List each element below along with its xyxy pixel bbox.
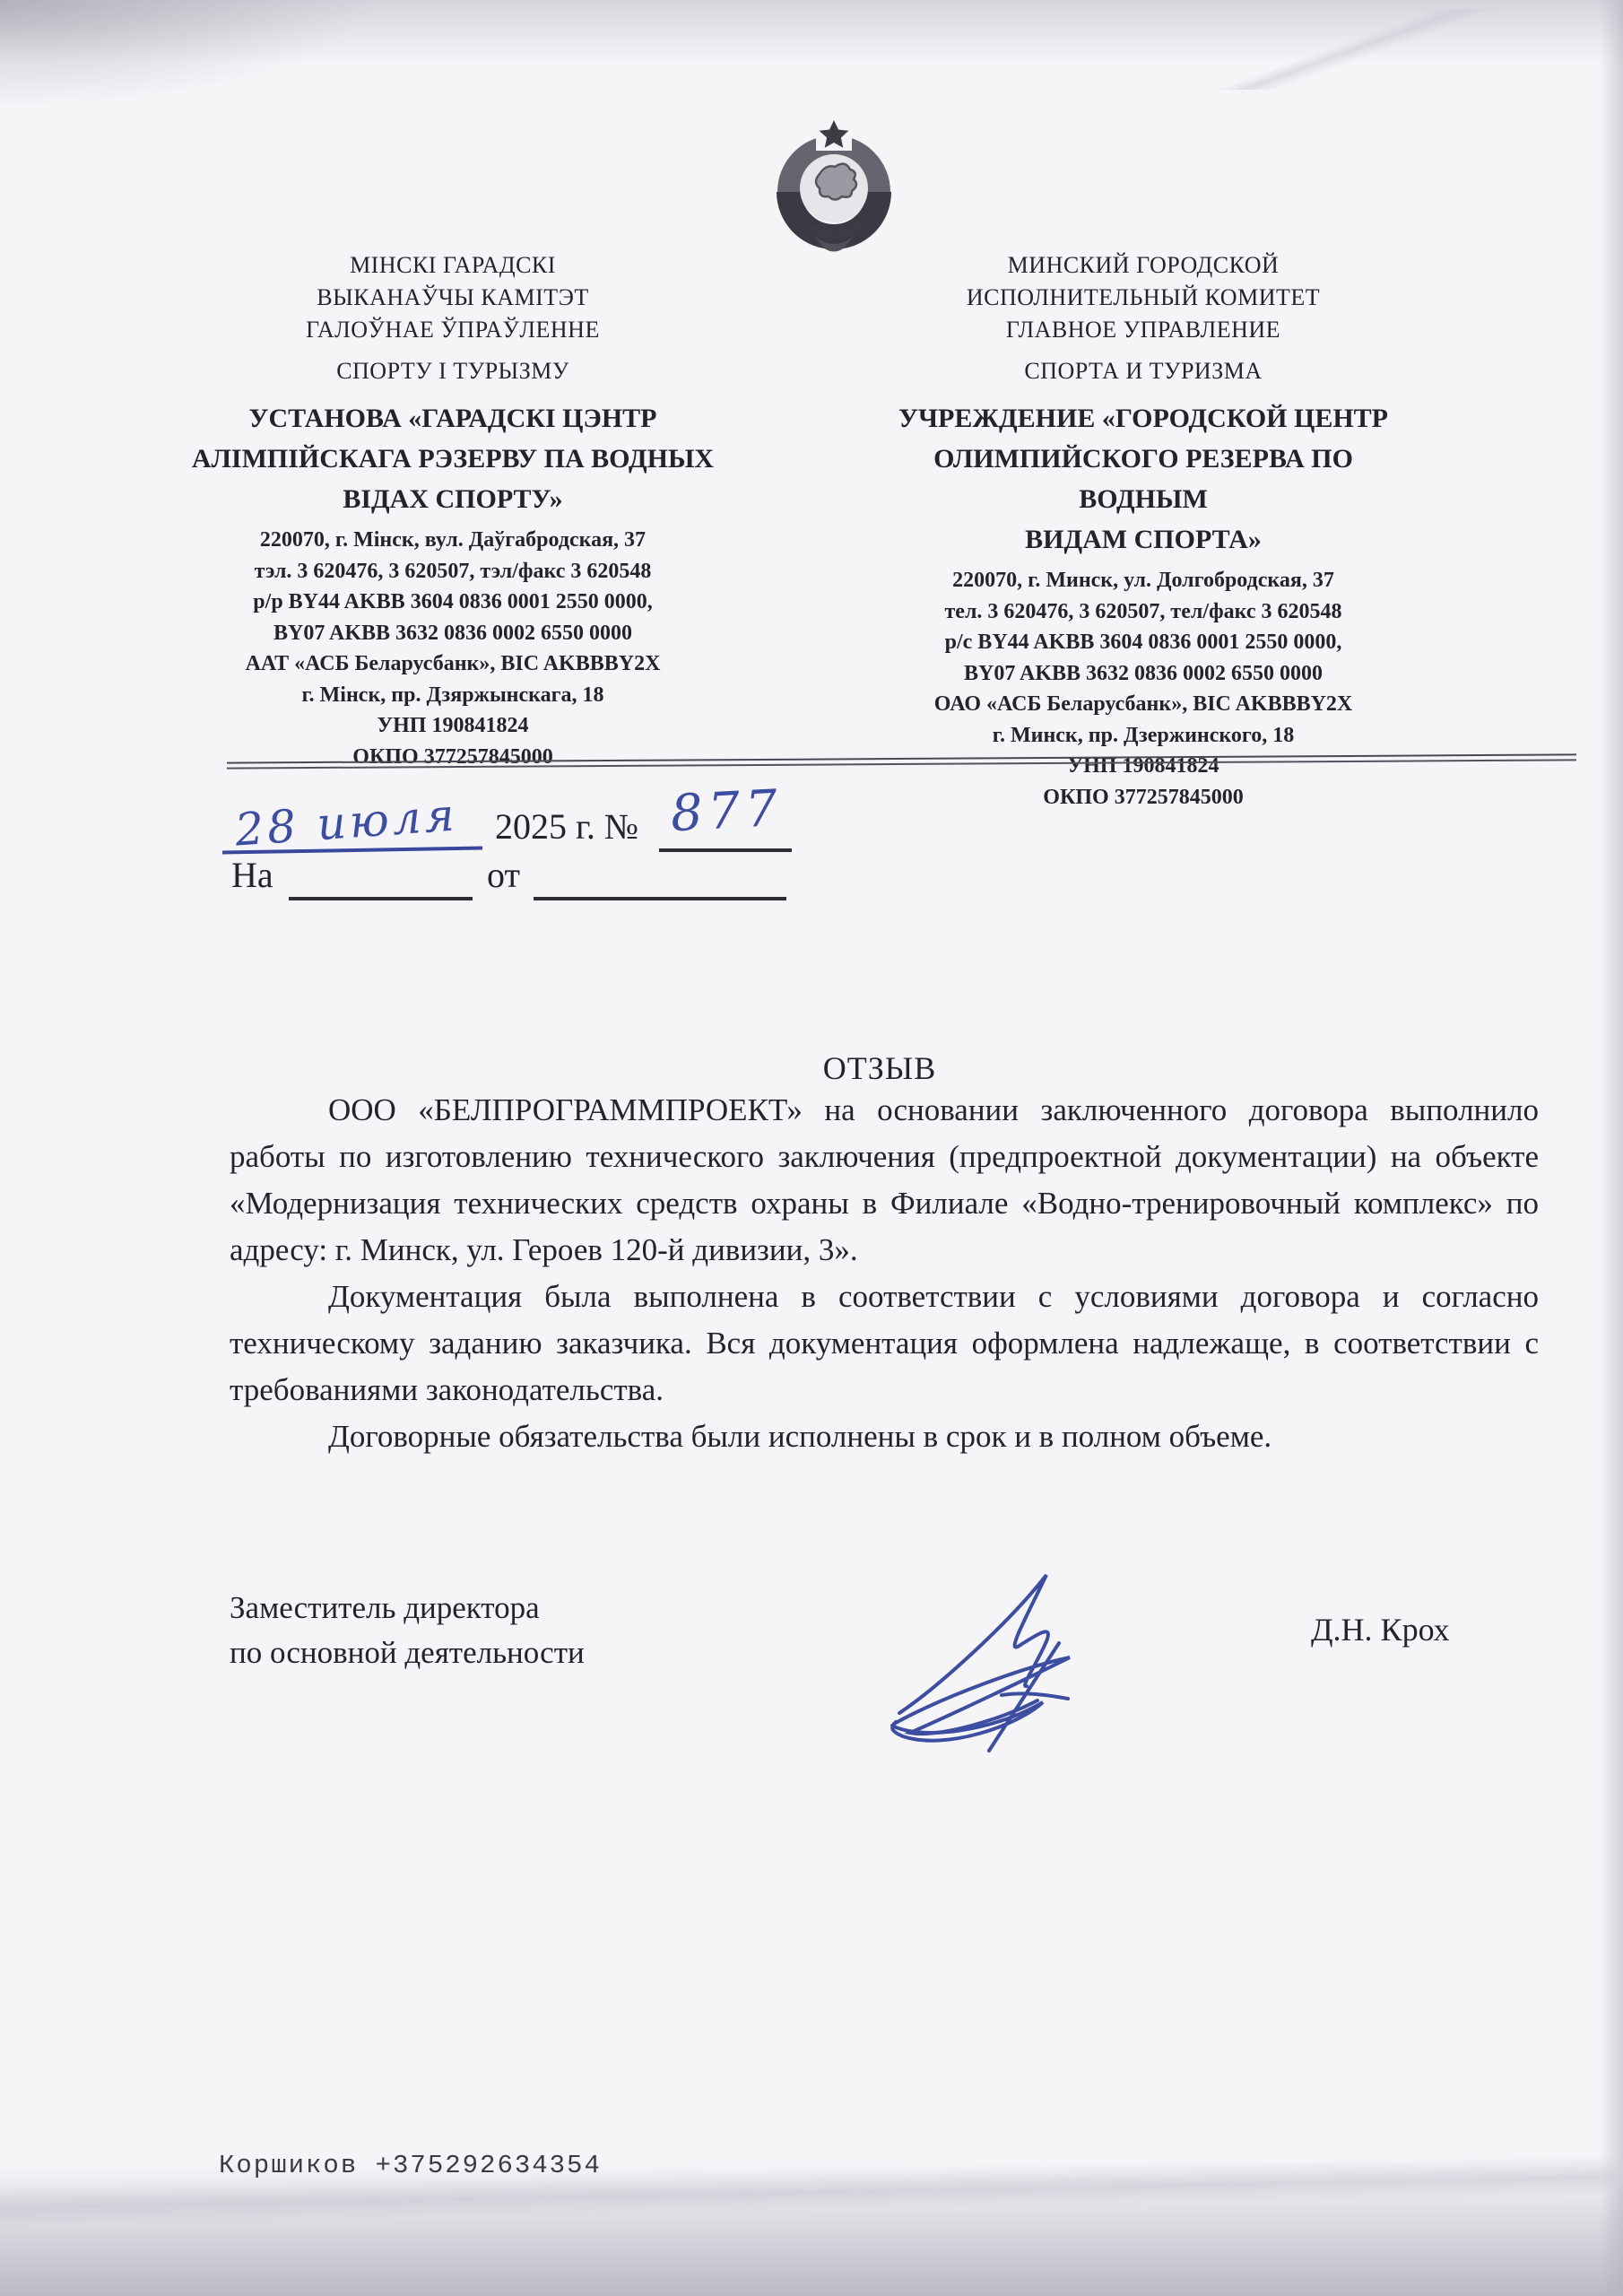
org-line: СПОРТУ І ТУРЫЗМУ — [184, 355, 722, 387]
belarus-coat-of-arms-icon — [767, 117, 901, 253]
handwritten-outgoing-number: 877 — [669, 779, 784, 843]
org-details-by: 220070, г. Мінск, вул. Даўгабродская, 37… — [184, 525, 722, 772]
org-name-line: ВІДАХ СПОРТУ» — [184, 479, 722, 519]
org-line: ГАЛОЎНАЕ ЎПРАЎЛЕННЕ — [184, 314, 722, 346]
org-line: МИНСКИЙ ГОРОДСКОЙ — [874, 249, 1412, 282]
document-body: ООО «БЕЛПРОГРАММПРОЕКТ» на основании зак… — [230, 1087, 1539, 1460]
org-hierarchy-ru: МИНСКИЙ ГОРОДСКОЙ ИСПОЛНИТЕЛЬНЫЙ КОМИТЕТ… — [874, 249, 1412, 387]
unp-line: УНП 190841824 — [184, 710, 722, 742]
org-details-ru: 220070, г. Минск, ул. Долгобродская, 37 … — [874, 565, 1412, 813]
org-line: ГЛАВНОЕ УПРАВЛЕНИЕ — [874, 314, 1412, 346]
account-line: р/с BY44 AKBB 3604 0836 0001 2550 0000, — [874, 627, 1412, 658]
scanned-letter-page: МІНСКІ ГАРАДСКІ ВЫКАНАЎЧЫ КАМІТЭТ ГАЛОЎН… — [0, 0, 1623, 2296]
org-line: ВЫКАНАЎЧЫ КАМІТЭТ — [184, 282, 722, 314]
org-hierarchy-by: МІНСКІ ГАРАДСКІ ВЫКАНАЎЧЫ КАМІТЭТ ГАЛОЎН… — [184, 249, 722, 387]
na-label: На — [231, 854, 273, 896]
scan-fold-mark — [1193, 9, 1515, 90]
org-name-line: УЧРЕЖДЕНИЕ «ГОРОДСКОЙ ЦЕНТР — [874, 398, 1412, 439]
year-and-number-label: 2025 г. № — [495, 805, 638, 848]
scan-shadow-top-left — [0, 0, 377, 108]
org-line: МІНСКІ ГАРАДСКІ — [184, 249, 722, 282]
paragraph: Договорные обязательства были исполнены … — [230, 1413, 1539, 1460]
signer-name: Д.Н. Крох — [1311, 1611, 1450, 1648]
account-line: BY07 AKBB 3632 0836 0002 6550 0000 — [184, 618, 722, 649]
signer-role-line: по основной деятельности — [230, 1631, 585, 1675]
address-line: 220070, г. Мінск, вул. Даўгабродская, 37 — [184, 525, 722, 556]
handwritten-signature — [883, 1561, 1107, 1767]
account-line: р/р BY44 AKBB 3604 0836 0001 2550 0000, — [184, 587, 722, 618]
executor-contact: Коршиков +375292634354 — [219, 2151, 602, 2180]
phone-line: тэл. 3 620476, 3 620507, тэл/факс 3 6205… — [184, 556, 722, 587]
na-underline — [289, 897, 473, 900]
bank-line: ААТ «АСБ Беларусбанк», BIC AKBBBY2X — [184, 648, 722, 680]
handwritten-date: 28 июля — [233, 788, 459, 856]
paragraph: ООО «БЕЛПРОГРАММПРОЕКТ» на основании зак… — [230, 1087, 1539, 1274]
paragraph: Документация была выполнена в соответств… — [230, 1274, 1539, 1413]
number-underline — [659, 848, 792, 852]
org-line: СПОРТА И ТУРИЗМА — [874, 355, 1412, 387]
signer-role: Заместитель директора по основной деятел… — [230, 1586, 585, 1675]
account-line: BY07 AKBB 3632 0836 0002 6550 0000 — [874, 658, 1412, 690]
document-title: ОТЗЫВ — [230, 1049, 1530, 1087]
bank-line: ОАО «АСБ Беларусбанк», BIC AKBBBY2X — [874, 689, 1412, 720]
phone-line: тел. 3 620476, 3 620507, тел/факс 3 6205… — [874, 596, 1412, 628]
org-name-ru: УЧРЕЖДЕНИЕ «ГОРОДСКОЙ ЦЕНТР ОЛИМПИЙСКОГО… — [874, 398, 1412, 560]
scan-shadow-right — [1600, 0, 1623, 2296]
signer-role-line: Заместитель директора — [230, 1586, 585, 1631]
bank-address-line: г. Минск, пр. Дзержинского, 18 — [874, 720, 1412, 752]
bank-address-line: г. Мінск, пр. Дзяржынскага, 18 — [184, 680, 722, 711]
org-line: ИСПОЛНИТЕЛЬНЫЙ КОМИТЕТ — [874, 282, 1412, 314]
org-name-by: УСТАНОВА «ГАРАДСКІ ЦЭНТР АЛІМПІЙСКАГА РЭ… — [184, 398, 722, 519]
ot-underline — [534, 897, 786, 900]
okpo-line: ОКПО 377257845000 — [874, 782, 1412, 813]
letterhead-russian-column: МИНСКИЙ ГОРОДСКОЙ ИСПОЛНИТЕЛЬНЫЙ КОМИТЕТ… — [874, 249, 1412, 813]
scan-shadow-bottom — [0, 2161, 1623, 2296]
ot-label: от — [487, 854, 520, 896]
letterhead-belarusian-column: МІНСКІ ГАРАДСКІ ВЫКАНАЎЧЫ КАМІТЭТ ГАЛОЎН… — [184, 249, 722, 772]
org-name-line: ВИДАМ СПОРТА» — [874, 519, 1412, 560]
org-name-line: ОЛИМПИЙСКОГО РЕЗЕРВА ПО ВОДНЫМ — [874, 439, 1412, 519]
org-name-line: УСТАНОВА «ГАРАДСКІ ЦЭНТР — [184, 398, 722, 439]
address-line: 220070, г. Минск, ул. Долгобродская, 37 — [874, 565, 1412, 596]
org-name-line: АЛІМПІЙСКАГА РЭЗЕРВУ ПА ВОДНЫХ — [184, 439, 722, 479]
